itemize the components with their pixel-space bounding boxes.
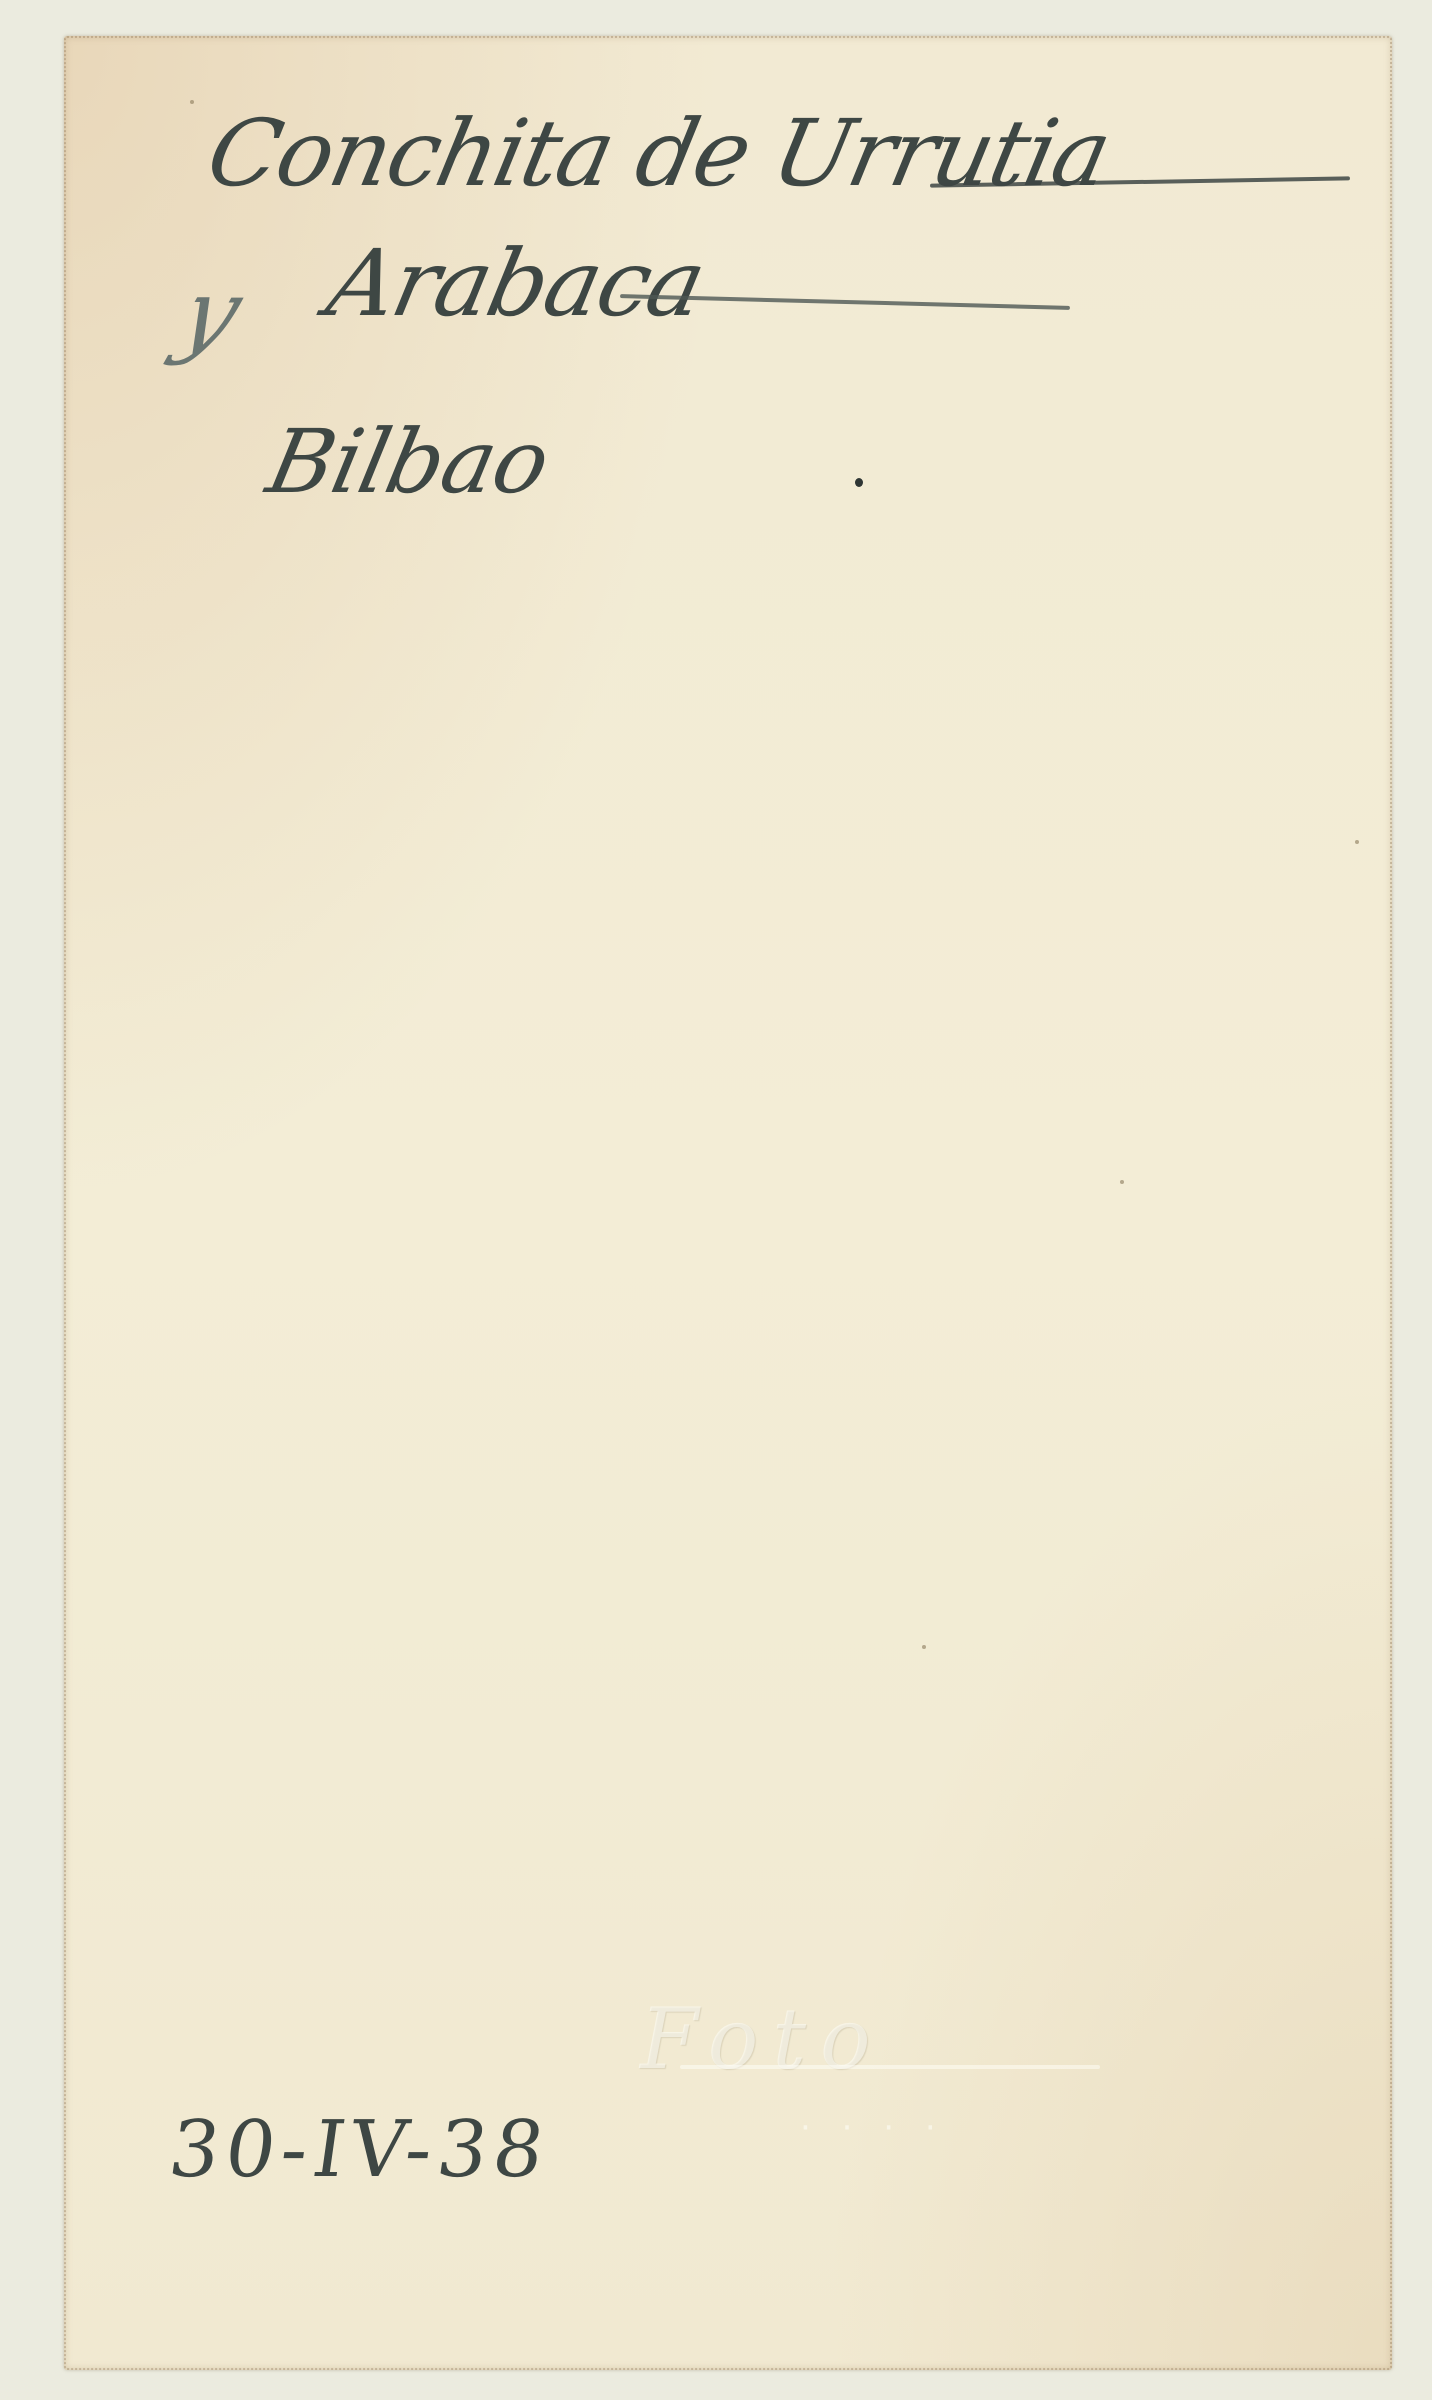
ink-dot — [855, 478, 863, 487]
embossed-stamp-subtext: · · · · — [800, 2108, 946, 2148]
inscription-line-name: Conchita de Urrutia — [199, 100, 1119, 207]
embossed-stamp-underline — [680, 2065, 1100, 2069]
paper-fleck — [1120, 1180, 1124, 1184]
paper-fleck — [190, 100, 194, 104]
paper-fleck — [922, 1645, 926, 1649]
handwritten-date: 30-IV-38 — [164, 2105, 556, 2195]
inscription-line-surname: Arabaca — [319, 230, 713, 337]
inscription-line-city: Bilbao — [259, 410, 558, 513]
embossed-photographer-stamp: Foto — [640, 1990, 1220, 2110]
paper-fleck — [1355, 840, 1359, 844]
